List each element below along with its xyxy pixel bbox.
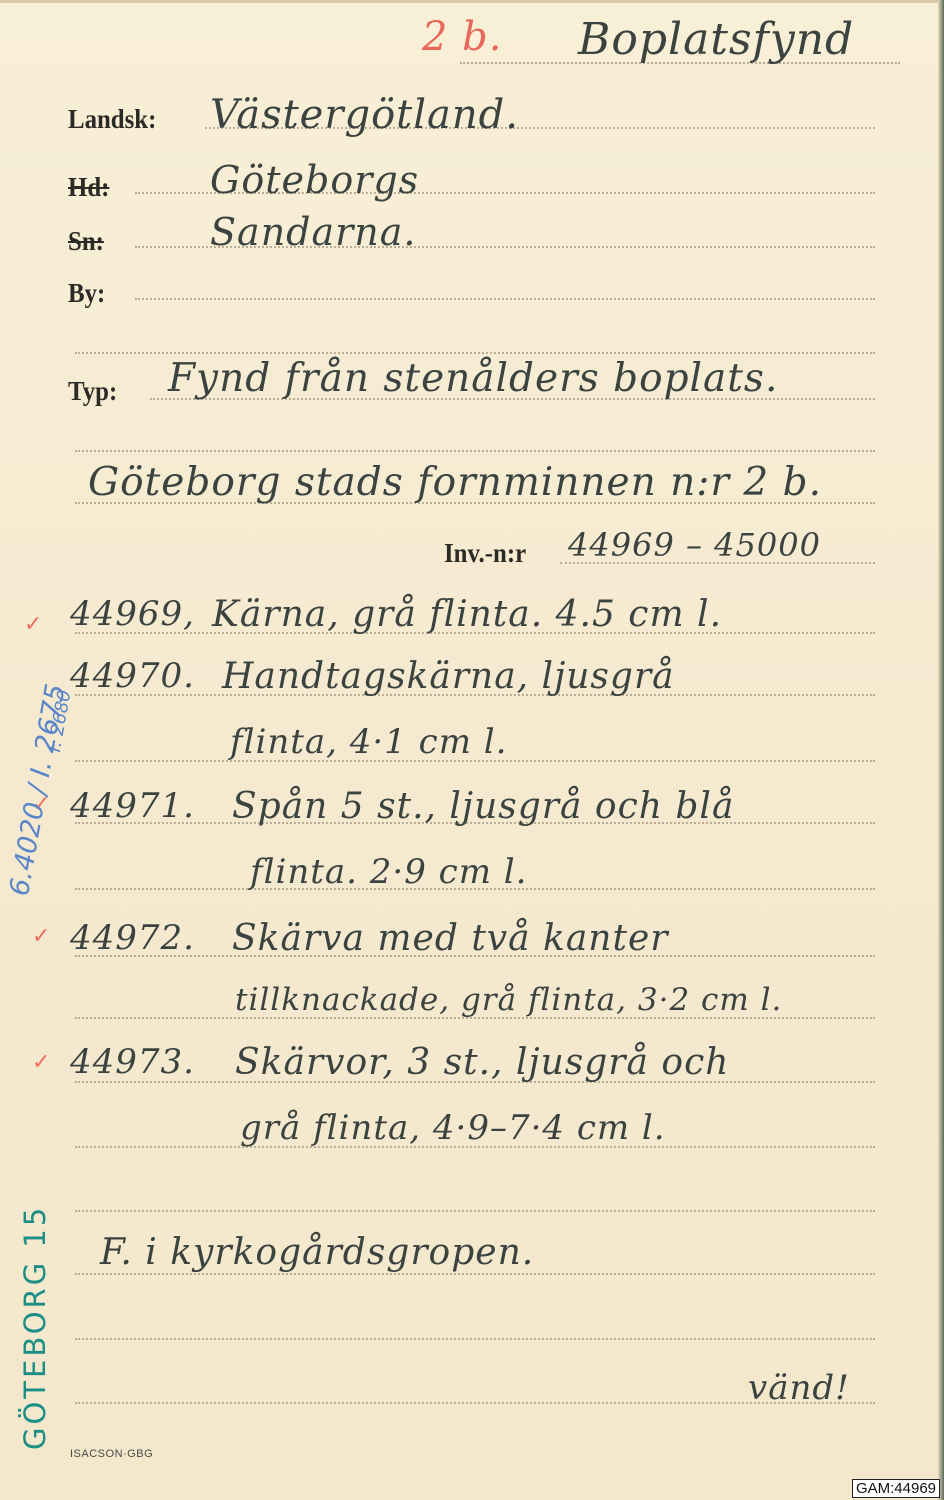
- reference-line: Göteborg stads fornminnen n:r 2 b.: [88, 460, 822, 505]
- check-mark-icon: ✓: [32, 924, 50, 949]
- item-description-continued: tillknackade, grå flinta, 3·2 cm l.: [235, 982, 782, 1018]
- landsk-label: Landsk:: [68, 104, 156, 135]
- item-description: Handtagskärna, ljusgrå: [222, 656, 675, 697]
- typ-value: Fynd från stenålders boplats.: [168, 356, 778, 401]
- item-description-continued: grå flinta, 4·9–7·4 cm l.: [240, 1108, 666, 1148]
- hd-value: Göteborgs: [210, 158, 419, 202]
- item-description: Spån 5 st., ljusgrå och blå: [232, 786, 734, 827]
- item-number: 44969,: [70, 594, 195, 634]
- find-note-dotted-line: [75, 1273, 875, 1275]
- index-card: 2 b. Boplatsfynd Landsk: Västergötland. …: [0, 0, 944, 1500]
- blank-dotted-line: [75, 352, 875, 354]
- turn-note: vänd!: [748, 1368, 850, 1408]
- printer-mark: ISACSON·GBG: [70, 1448, 153, 1460]
- hd-label: Hd:: [68, 172, 109, 203]
- item-number: 44973.: [70, 1042, 195, 1082]
- item-dotted-line: [75, 1210, 875, 1212]
- by-dotted-line: [135, 298, 875, 300]
- item-description-continued: flinta, 4·1 cm l.: [230, 722, 507, 762]
- category-number: 2 b.: [422, 14, 502, 60]
- item-description: Kärna, grå flinta. 4.5 cm l.: [212, 594, 722, 635]
- sn-value: Sandarna.: [210, 210, 417, 254]
- typ-label: Typ:: [68, 376, 117, 407]
- item-description: Skärvor, 3 st., ljusgrå och: [235, 1042, 729, 1083]
- sn-label: Sn:: [68, 226, 104, 257]
- item-description-continued: flinta. 2·9 cm l.: [250, 852, 527, 892]
- blank-dotted-line: [75, 1338, 875, 1340]
- inventory-value: 44969 – 45000: [568, 526, 821, 564]
- item-number: 44971.: [70, 786, 195, 826]
- divider-dotted-line: [75, 450, 875, 452]
- item-description: Skärva med två kanter: [232, 918, 668, 959]
- landsk-value: Västergötland.: [210, 92, 519, 138]
- category-title: Boplatsfynd: [578, 14, 854, 65]
- city-stamp: GÖTEBORG 15: [18, 1205, 52, 1450]
- find-note: F. i kyrkogårdsgropen.: [100, 1232, 534, 1273]
- item-number: 44970.: [70, 656, 195, 696]
- archive-id-label: GAM:44969: [852, 1479, 940, 1498]
- inventory-label: Inv.-n:r: [444, 538, 526, 569]
- check-mark-icon: ✓: [32, 1050, 50, 1075]
- card-right-edge: [938, 0, 944, 1500]
- sn-label-text: Sn:: [68, 226, 104, 256]
- check-mark-icon: ✓: [24, 612, 42, 637]
- by-label: By:: [68, 278, 105, 309]
- item-number: 44972.: [70, 918, 195, 958]
- card-top-edge: [0, 0, 944, 3]
- hd-label-text: Hd:: [68, 172, 109, 202]
